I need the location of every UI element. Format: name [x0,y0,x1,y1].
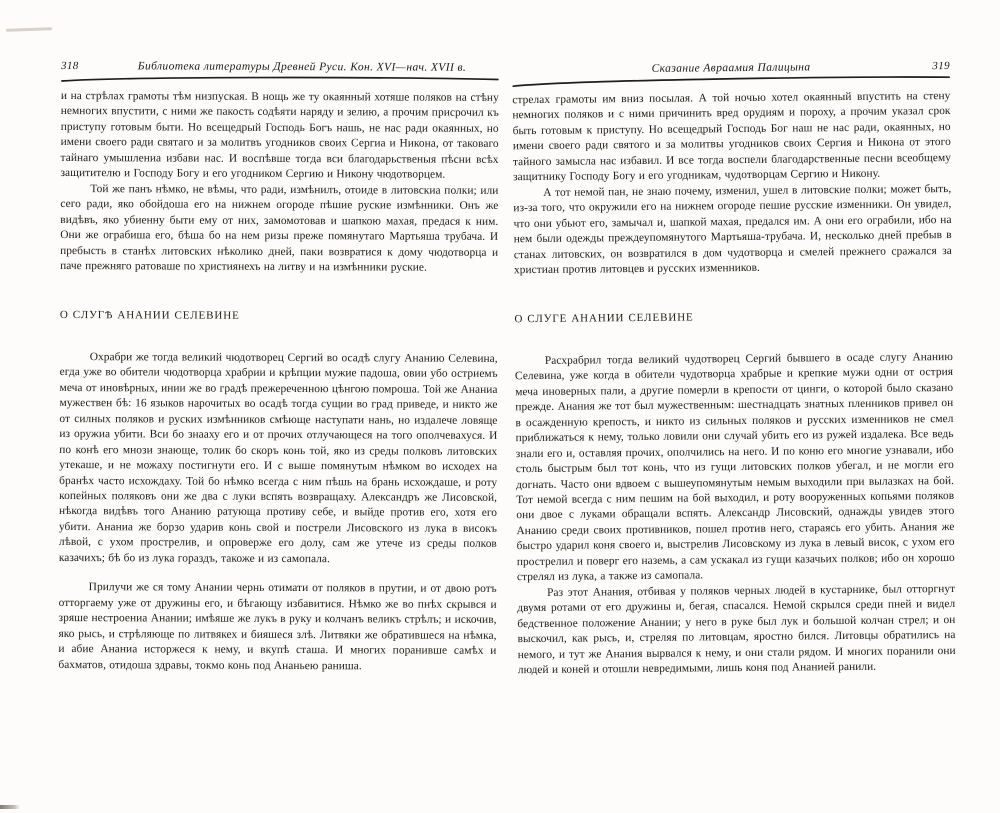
scan-artifact [0,805,20,809]
paragraph: А тот немой пан, не знаю почему, изменил… [513,182,952,279]
page-body: стрелах грамоты им вниз посылая. А той н… [512,89,956,679]
scan-artifact [6,27,52,32]
paragraph: Расхрабрил тогда великий чудотворец Серг… [515,350,955,586]
paragraph: Прилучи же ся тому Анании чернь отимати … [58,580,496,675]
page-header: 318 Библиотека литературы Древней Руси. … [61,60,499,74]
book-spread: 318 Библиотека литературы Древней Руси. … [0,0,1000,813]
section-heading: О СЛУГѢ АНАНИИ СЕЛЕВИНЕ [60,308,498,325]
section-heading: О СЛУГЕ АНАНИИ СЕЛЕВИНЕ [514,308,952,328]
paragraph: Той же панъ нѣмко, не вѣмы, что ради, из… [60,182,498,277]
page-right: 0 Сказание Авраамия Палицына 319 стрелах… [512,60,956,679]
page-number: 318 [61,60,105,72]
paragraph: Охрабри же тогда великий чюдотворец Серг… [59,350,498,568]
header-rule [512,74,950,87]
paragraph: и на стрѣлах грамоты тѣм низпуская. В но… [60,89,498,184]
page-number: 319 [906,60,950,72]
running-title: Библиотека литературы Древней Руси. Кон.… [105,60,499,74]
paragraph: Раз этот Анания, отбивая у поляков черны… [517,582,956,679]
page-left: 318 Библиотека литературы Древней Руси. … [58,60,499,675]
header-rule [61,74,499,85]
page-body: и на стрѣлах грамоты тѣм низпуская. В но… [58,89,499,675]
running-title: Сказание Авраамия Палицына [556,60,906,75]
paragraph: стрелах грамоты им вниз посылая. А той н… [512,89,951,186]
